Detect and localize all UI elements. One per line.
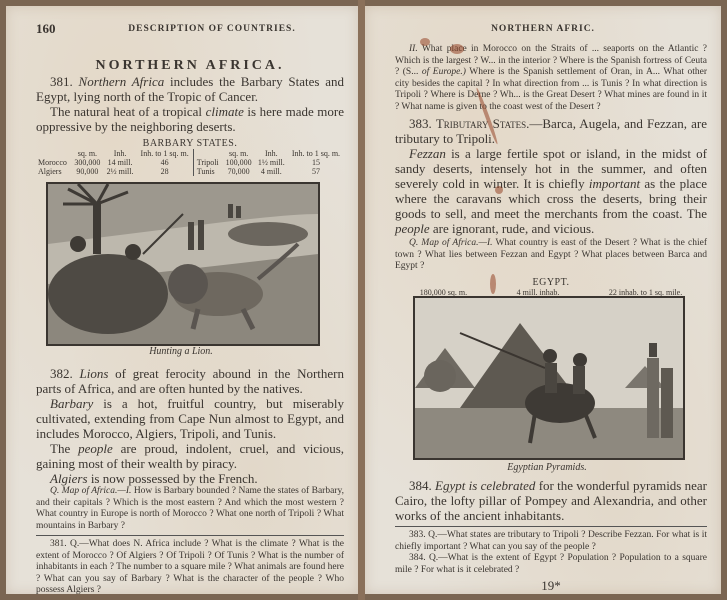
map-questions: Q. Map of Africa.—I. How is Barbary boun… xyxy=(36,486,344,532)
pyramids-illustration xyxy=(413,296,685,460)
paragraph-381: 381. Northern Africa includes the Barbar… xyxy=(36,74,344,104)
illustration-caption: Hunting a Lion. xyxy=(46,346,316,357)
stain-mark xyxy=(490,274,496,294)
table-row: Algiers 90,000 2½ mill. 28 Tunis 70,000 … xyxy=(36,167,344,176)
egypt-title: EGYPT. xyxy=(395,277,707,288)
footnote-questions-383: 383. Q.—What states are tributary to Tri… xyxy=(395,530,707,553)
right-page: NORTHERN AFRIC. II. What place in Morocc… xyxy=(365,6,721,594)
stain-mark xyxy=(495,186,503,194)
lion-hunt-engraving-icon xyxy=(48,184,318,344)
paragraph-384: 384. Egypt is celebrated for the wonderf… xyxy=(395,478,707,523)
paragraph-barbary: Barbary is a hot, fruitful country, but … xyxy=(36,396,344,441)
paragraph-fezzan: Fezzan is a large fertile spot or island… xyxy=(395,146,707,236)
paragraph-382: 382. Lions of great ferocity abound in t… xyxy=(36,366,344,396)
barbary-states-table: sq. m. Inh. Inh. to 1 sq. m. sq. m. Inh.… xyxy=(36,149,344,176)
section-title: NORTHERN AFRICA. xyxy=(36,58,344,74)
footnote-questions-384: 384. Q.—What is the extent of Egypt ? Po… xyxy=(395,553,707,576)
table-row: Morocco 300,000 14 mill. 46 Tripoli 100,… xyxy=(36,158,344,167)
running-head-title: NORTHERN AFRIC. xyxy=(365,24,721,34)
left-page: 160 DESCRIPTION OF COUNTRIES. NORTHERN A… xyxy=(6,6,358,594)
running-head-title: DESCRIPTION OF COUNTRIES. xyxy=(66,24,358,34)
body-section: 382. Lions of great ferocity abound in t… xyxy=(36,366,344,597)
map-questions-ii: II. What place in Morocco on the Straits… xyxy=(395,44,707,113)
table-title: BARBARY STATES. xyxy=(36,138,344,149)
stain-mark xyxy=(450,44,464,54)
footnote-divider xyxy=(395,526,707,527)
questions-section: II. What place in Morocco on the Straits… xyxy=(395,44,707,297)
pyramids-engraving-icon xyxy=(415,298,683,458)
stain-mark xyxy=(420,38,430,46)
book-binding xyxy=(358,0,365,600)
paragraph-people: The people are proud, indolent, cruel, a… xyxy=(36,441,344,471)
body-section: 384. Egypt is celebrated for the wonderf… xyxy=(395,478,707,594)
intro-section: NORTHERN AFRICA. 381. Northern Africa in… xyxy=(36,58,344,176)
footnote-divider xyxy=(36,535,344,536)
paragraph-climate: The natural heat of a tropical climate i… xyxy=(36,104,344,134)
table-header-row: sq. m. Inh. Inh. to 1 sq. m. sq. m. Inh.… xyxy=(36,149,344,158)
map-questions-i: Q. Map of Africa.—I. What country is eas… xyxy=(395,238,707,273)
illustration-caption: Egyptian Pyramids. xyxy=(413,462,681,473)
signature-mark: 19* xyxy=(395,578,707,594)
footnote-questions-381: 381. Q.—What does N. Africa include ? Wh… xyxy=(36,539,344,597)
paragraph-algiers: Algiers is now possessed by the French. xyxy=(36,471,344,486)
lion-hunt-illustration xyxy=(46,182,320,346)
paragraph-383: 383. Tributary States.—Barca, Augela, an… xyxy=(395,116,707,146)
page-number: 160 xyxy=(36,21,56,37)
